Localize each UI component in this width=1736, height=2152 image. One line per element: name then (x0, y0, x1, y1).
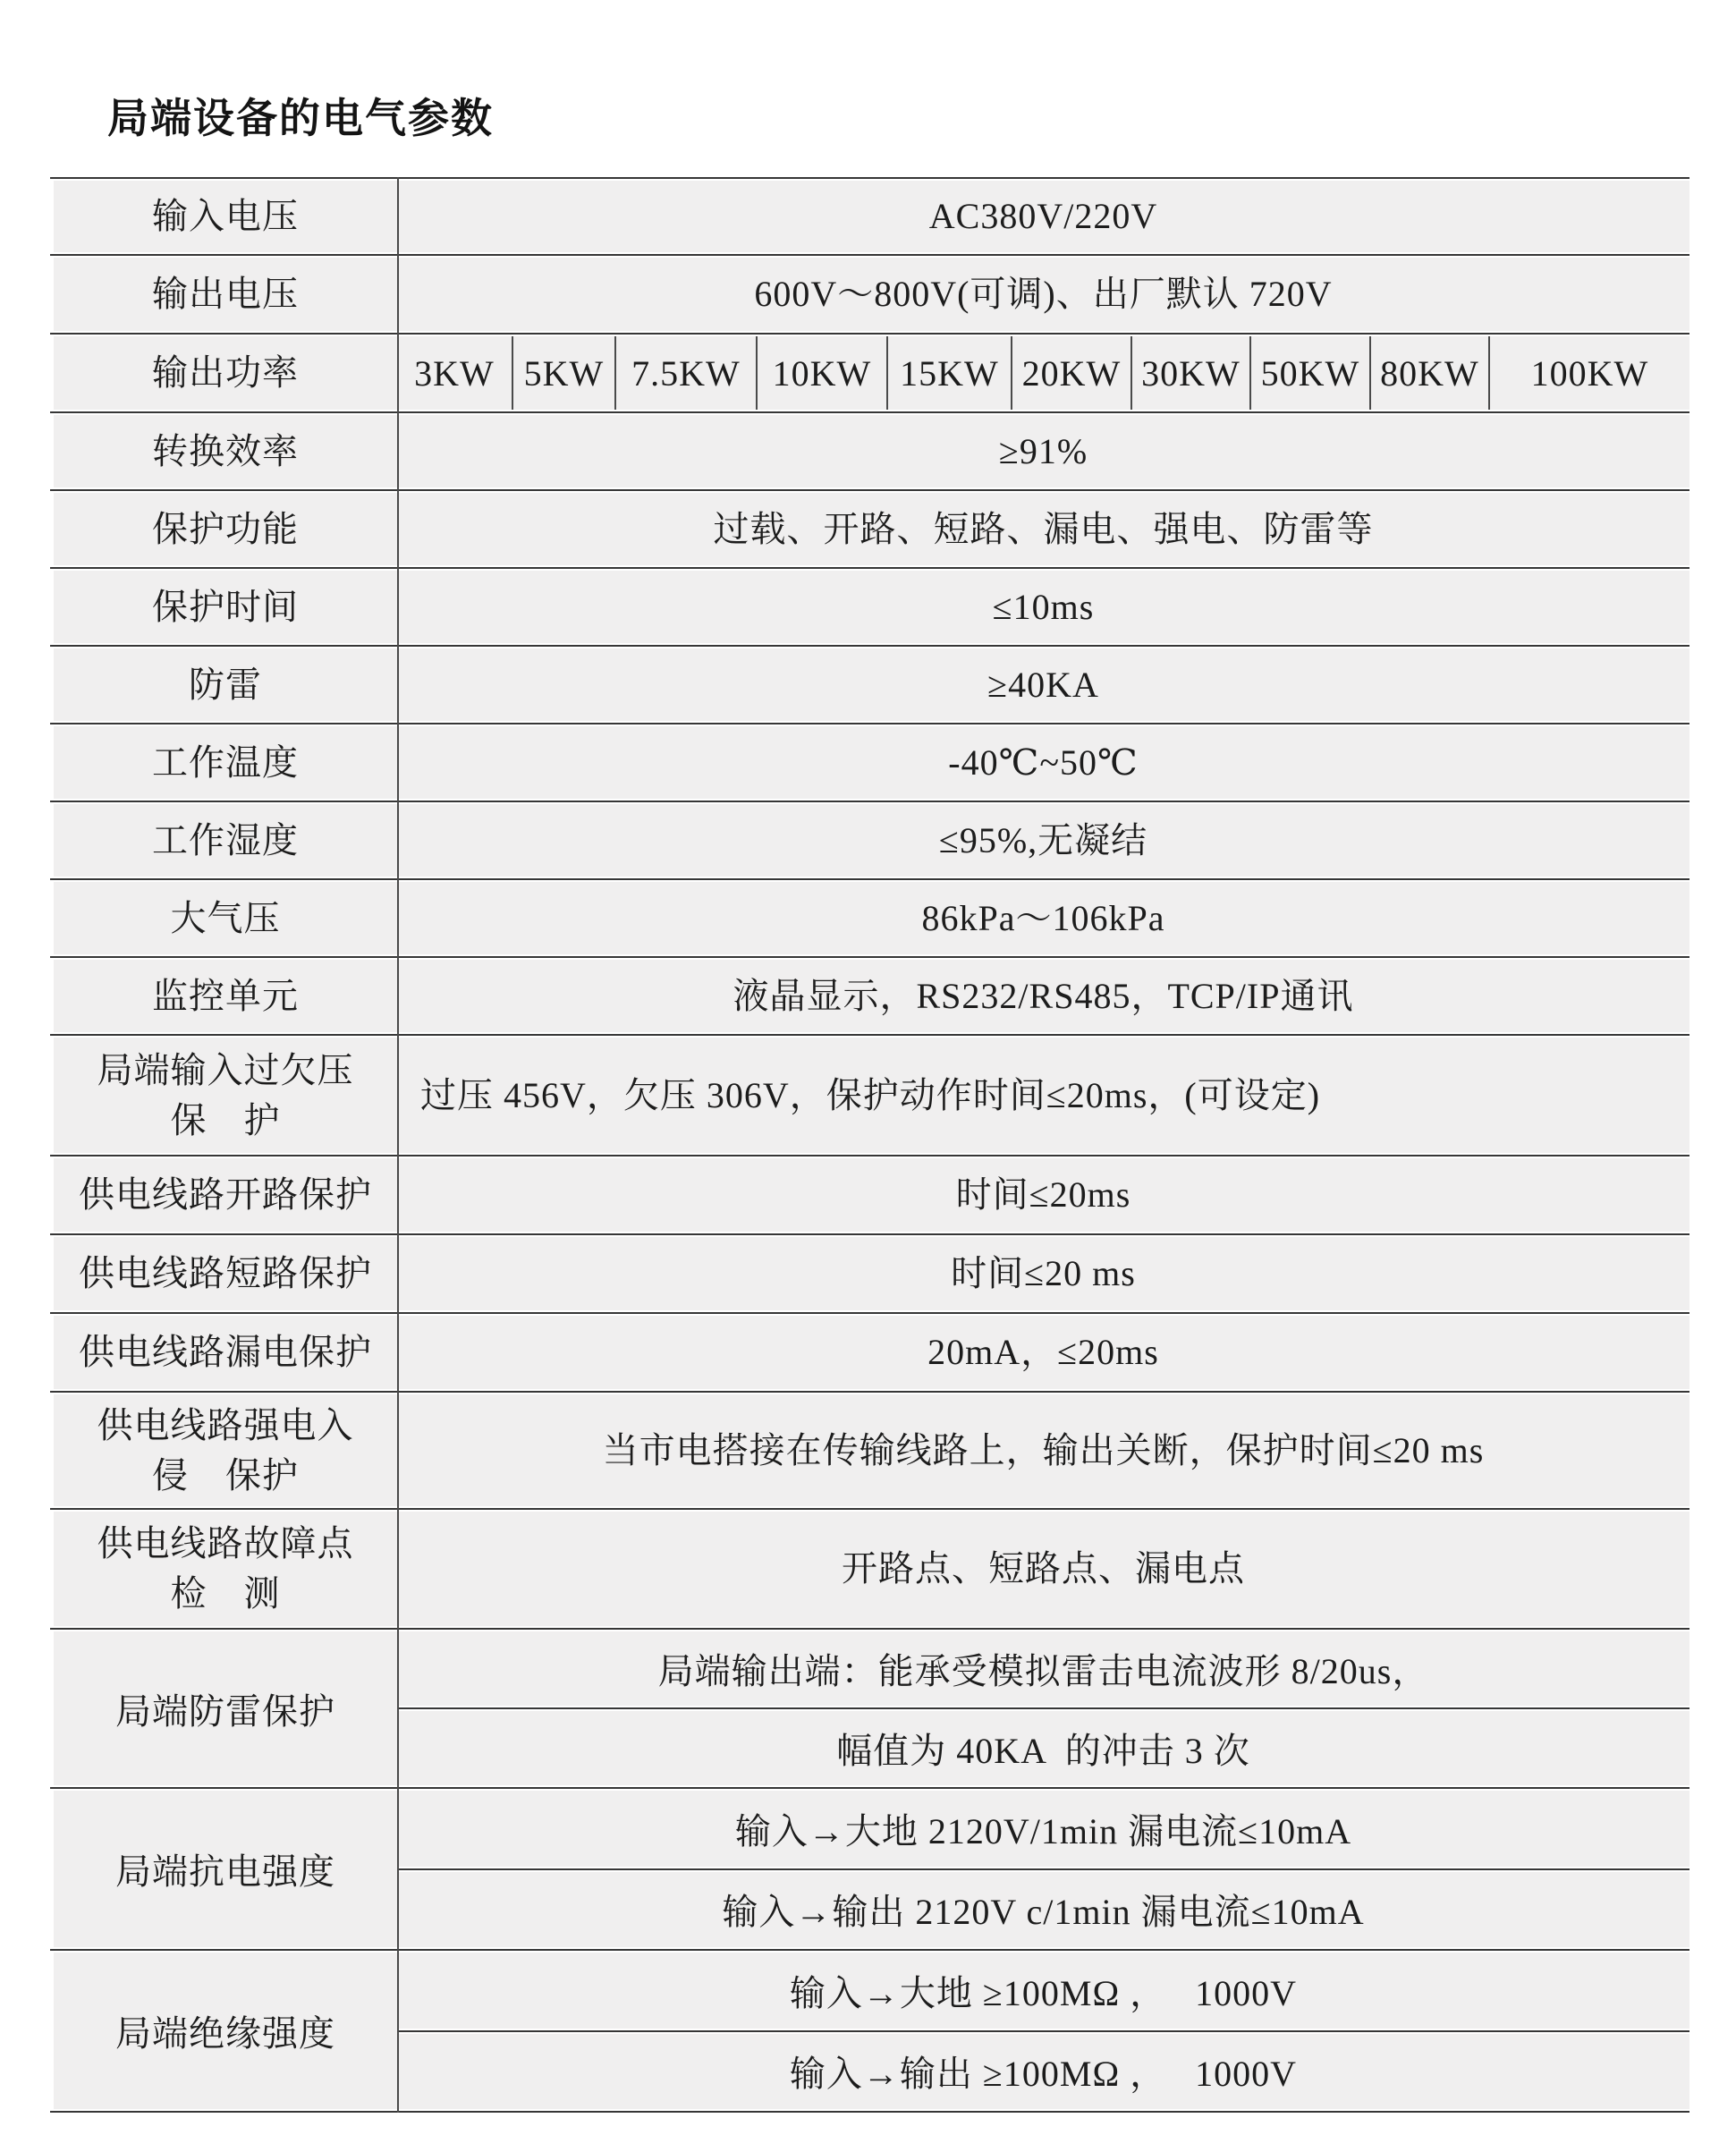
row-label: 工作温度 (54, 726, 397, 799)
row-label: 供电线路故障点 检 测 (54, 1512, 397, 1626)
row-value-group: 局端输出端：能承受模拟雷击电流波形 8/20us，幅值为 40KA 的冲击 3 … (397, 1631, 1689, 1785)
table-row: 供电线路短路保护时间≤20 ms (54, 1237, 1689, 1310)
row-separator-line (397, 1867, 1689, 1872)
table-row: 监控单元液晶显示，RS232/RS485，TCP/IP通讯 (54, 960, 1689, 1032)
sub-value-row: 局端输出端：能承受模拟雷击电流波形 8/20us， (397, 1631, 1689, 1706)
row-label: 供电线路开路保护 (54, 1158, 397, 1232)
sub-value-row: 输入→输出 2120V c/1min 漏电流≤10mA (397, 1872, 1689, 1948)
row-value: 开路点、短路点、漏电点 (397, 1512, 1689, 1626)
row-separator-line (54, 252, 1689, 258)
row-value: 时间≤20ms (397, 1158, 1689, 1232)
sub-value-row: 输入→大地 2120V/1min 漏电流≤10mA (397, 1791, 1689, 1867)
row-label: 局端绝缘强度 (54, 1953, 397, 2109)
power-value-cell: 7.5KW (614, 336, 756, 410)
row-value-group: 输入→大地 2120V/1min 漏电流≤10mA输入→输出 2120V c/1… (397, 1791, 1689, 1947)
row-value: AC380V/220V (397, 181, 1689, 252)
row-value: 20mA，≤20ms (397, 1316, 1689, 1389)
table-row: 局端绝缘强度输入→大地 ≥100MΩ ， 1000V输入→输出 ≥100MΩ ，… (54, 1953, 1689, 2109)
row-value: 时间≤20 ms (397, 1237, 1689, 1310)
power-value-cell: 15KW (886, 336, 1011, 410)
row-separator-line (54, 1785, 1689, 1791)
page-title: 局端设备的电气参数 (107, 86, 494, 145)
row-label: 输出电压 (54, 258, 397, 331)
row-separator-line (54, 175, 1689, 181)
row-value: ≥91% (397, 415, 1689, 487)
row-value: 600V～800V(可调)、出厂默认 720V (397, 258, 1689, 331)
row-separator-line (54, 331, 1689, 336)
row-label: 转换效率 (54, 415, 397, 487)
table-row: 供电线路故障点 检 测开路点、短路点、漏电点 (54, 1512, 1689, 1626)
power-value-cell: 3KW (397, 336, 512, 410)
row-label: 监控单元 (54, 960, 397, 1032)
table-row: 供电线路开路保护时间≤20ms (54, 1158, 1689, 1232)
table-row: 工作湿度≤95%,无凝结 (54, 804, 1689, 877)
row-separator-line (54, 799, 1689, 804)
column-divider-line (397, 177, 399, 2113)
table-row: 供电线路漏电保护20mA，≤20ms (54, 1316, 1689, 1389)
row-value: 86kPa～106kPa (397, 882, 1689, 954)
row-separator-line (54, 643, 1689, 648)
row-label: 输入电压 (54, 181, 397, 252)
row-value: -40℃~50℃ (397, 726, 1689, 799)
row-separator-line (54, 1153, 1689, 1158)
table-row: 输入电压AC380V/220V (54, 181, 1689, 252)
table-row: 输出功率3KW5KW7.5KW10KW15KW20KW30KW50KW80KW1… (54, 336, 1689, 410)
row-value: 过压 456V，欠压 306V，保护动作时间≤20ms，(可设定) (397, 1038, 1689, 1153)
spec-table: 输入电压AC380V/220V输出电压600V～800V(可调)、出厂默认 72… (54, 175, 1689, 2114)
power-value-cell: 100KW (1488, 336, 1689, 410)
table-row: 局端输入过欠压 保 护过压 456V，欠压 306V，保护动作时间≤20ms，(… (54, 1038, 1689, 1153)
row-label: 供电线路强电入 侵 保护 (54, 1394, 397, 1506)
row-separator-line (54, 877, 1689, 882)
row-separator-line (54, 1232, 1689, 1237)
power-value-cell: 10KW (756, 336, 886, 410)
power-value-cell: 80KW (1369, 336, 1488, 410)
row-separator-line (54, 2109, 1689, 2114)
row-value: ≤10ms (397, 571, 1689, 643)
table-row: 防雷≥40KA (54, 648, 1689, 721)
power-value-cell: 5KW (512, 336, 614, 410)
table-row: 大气压86kPa～106kPa (54, 882, 1689, 954)
row-separator-line (54, 565, 1689, 571)
power-value-cell: 50KW (1249, 336, 1369, 410)
row-label: 供电线路短路保护 (54, 1237, 397, 1310)
row-label: 工作湿度 (54, 804, 397, 877)
table-row: 转换效率≥91% (54, 415, 1689, 487)
table-row: 保护时间≤10ms (54, 571, 1689, 643)
row-value-group: 输入→大地 ≥100MΩ ， 1000V输入→输出 ≥100MΩ ， 1000V (397, 1953, 1689, 2109)
table-row: 局端防雷保护局端输出端：能承受模拟雷击电流波形 8/20us，幅值为 40KA … (54, 1631, 1689, 1785)
table-row: 供电线路强电入 侵 保护当市电搭接在传输线路上，输出关断，保护时间≤20 ms (54, 1394, 1689, 1506)
row-label: 防雷 (54, 648, 397, 721)
table-row: 保护功能过载、开路、短路、漏电、强电、防雷等 (54, 493, 1689, 565)
table-row: 局端抗电强度输入→大地 2120V/1min 漏电流≤10mA输入→输出 212… (54, 1791, 1689, 1947)
table-row: 工作温度-40℃~50℃ (54, 726, 1689, 799)
row-separator-line (54, 1310, 1689, 1316)
sub-value-row: 输入→输出 ≥100MΩ ， 1000V (397, 2034, 1689, 2110)
sub-value-row: 输入→大地 ≥100MΩ ， 1000V (397, 1953, 1689, 2029)
row-separator-line (54, 1947, 1689, 1953)
row-separator-line (54, 1506, 1689, 1512)
row-separator-line (54, 1389, 1689, 1394)
row-separator-line (397, 1706, 1689, 1711)
row-value: ≤95%,无凝结 (397, 804, 1689, 877)
row-label: 供电线路漏电保护 (54, 1316, 397, 1389)
table-row: 输出电压600V～800V(可调)、出厂默认 720V (54, 258, 1689, 331)
row-separator-line (54, 1032, 1689, 1038)
power-value-cell: 30KW (1131, 336, 1249, 410)
row-separator-line (397, 2029, 1689, 2034)
row-label: 局端防雷保护 (54, 1631, 397, 1785)
sub-value-row: 幅值为 40KA 的冲击 3 次 (397, 1711, 1689, 1785)
row-separator-line (54, 721, 1689, 726)
power-value-cell: 20KW (1011, 336, 1131, 410)
row-separator-line (54, 487, 1689, 493)
row-value: 当市电搭接在传输线路上，输出关断，保护时间≤20 ms (397, 1394, 1689, 1506)
row-label: 保护功能 (54, 493, 397, 565)
row-label: 输出功率 (54, 336, 397, 410)
row-label: 局端抗电强度 (54, 1791, 397, 1947)
row-value: ≥40KA (397, 648, 1689, 721)
row-separator-line (54, 954, 1689, 960)
row-label: 大气压 (54, 882, 397, 954)
row-value: 液晶显示，RS232/RS485，TCP/IP通讯 (397, 960, 1689, 1032)
row-label: 局端输入过欠压 保 护 (54, 1038, 397, 1153)
row-value: 过载、开路、短路、漏电、强电、防雷等 (397, 493, 1689, 565)
row-separator-line (54, 410, 1689, 415)
row-label: 保护时间 (54, 571, 397, 643)
row-separator-line (54, 1626, 1689, 1631)
